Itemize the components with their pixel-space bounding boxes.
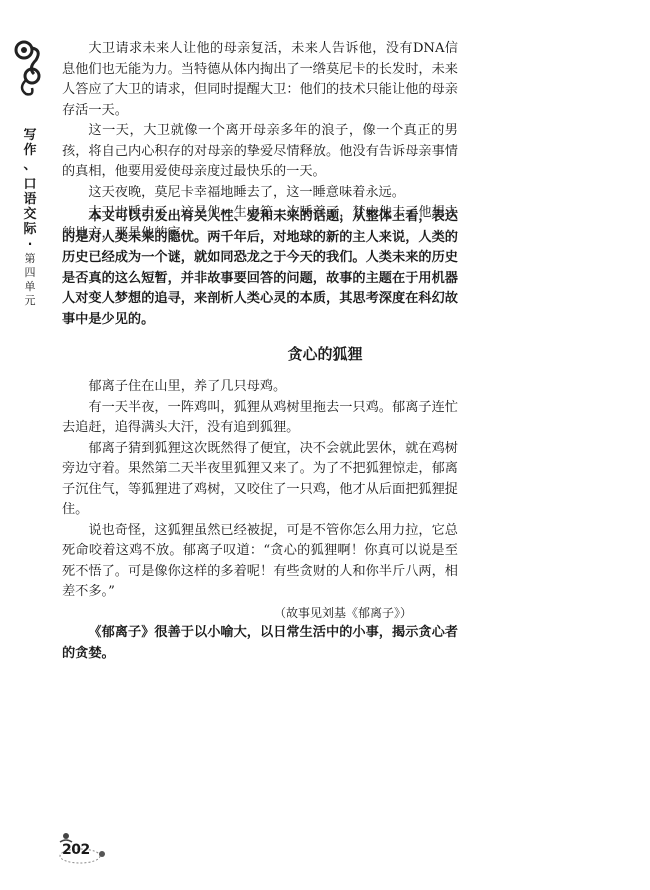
paragraph: 这一天，大卫就像一个离开母亲多年的浪子，像一个真正的男孩，将自己内心积存的对母亲… [62, 121, 458, 183]
paragraph: 大卫请求未来人让他的母亲复活，未来人告诉他，没有DNA信息他们也无能为力。当特德… [62, 39, 458, 121]
side-label-unit-char: 第 [21, 252, 39, 266]
paragraph: 郁离子住在山里，养了几只母鸡。 [62, 377, 458, 398]
paragraph: 有一天半夜，一阵鸡叫，狐狸从鸡树里拖去一只鸡。郁离子连忙去追赶，追得满头大汗，没… [62, 398, 458, 439]
story-title: 贪心的狐狸 [0, 343, 650, 364]
side-label-unit-char: 四 [21, 266, 39, 280]
decorative-flourish-icon [12, 40, 46, 96]
commentary-paragraph: 本文可以引发出有关人性、爱和未来的话题，从整体上看，表达的是对人类未来的隐忧。两… [62, 207, 458, 330]
side-label-unit-char: 元 [21, 294, 39, 308]
side-label-char: 际 [21, 222, 39, 237]
side-label-char: 交 [21, 207, 39, 222]
commentary-section: 本文可以引发出有关人性、爱和未来的话题，从整体上看，表达的是对人类未来的隐忧。两… [62, 207, 458, 330]
closing-commentary: 《郁离子》很善于以小喻大，以日常生活中的小事，揭示贪心者的贪婪。 [62, 623, 458, 664]
book-page: 写 作 、 口 语 交 际 · 第 四 单 元 大卫请求未来人让他的母亲复活，未… [0, 0, 650, 890]
side-label-char: 、 [21, 158, 39, 173]
source-citation: （故事见刘基《郁离子》） [62, 603, 458, 624]
side-label-char: 口 [21, 177, 39, 192]
side-label-unit-char: 单 [21, 280, 39, 294]
paragraph: 郁离子猜到狐狸这次既然得了便宜，决不会就此罢休，就在鸡树旁边守着。果然第二天半夜… [62, 439, 458, 521]
paragraph: 说也奇怪，这狐狸虽然已经被捉，可是不管你怎么用力拉，它总死命咬着这鸡不放。郁离子… [62, 521, 458, 603]
paragraph: 这天夜晚，莫尼卡幸福地睡去了，这一睡意味着永远。 [62, 183, 458, 204]
side-label-char: 语 [21, 192, 39, 207]
side-label-char: 写 [21, 128, 39, 143]
section-side-label: 写 作 、 口 语 交 际 · 第 四 单 元 [21, 128, 39, 308]
page-number: 202 [62, 842, 90, 858]
fox-story-section: 郁离子住在山里，养了几只母鸡。 有一天半夜，一阵鸡叫，狐狸从鸡树里拖去一只鸡。郁… [62, 377, 458, 664]
side-label-char: 作 [21, 143, 39, 158]
side-label-separator: · [21, 237, 39, 252]
